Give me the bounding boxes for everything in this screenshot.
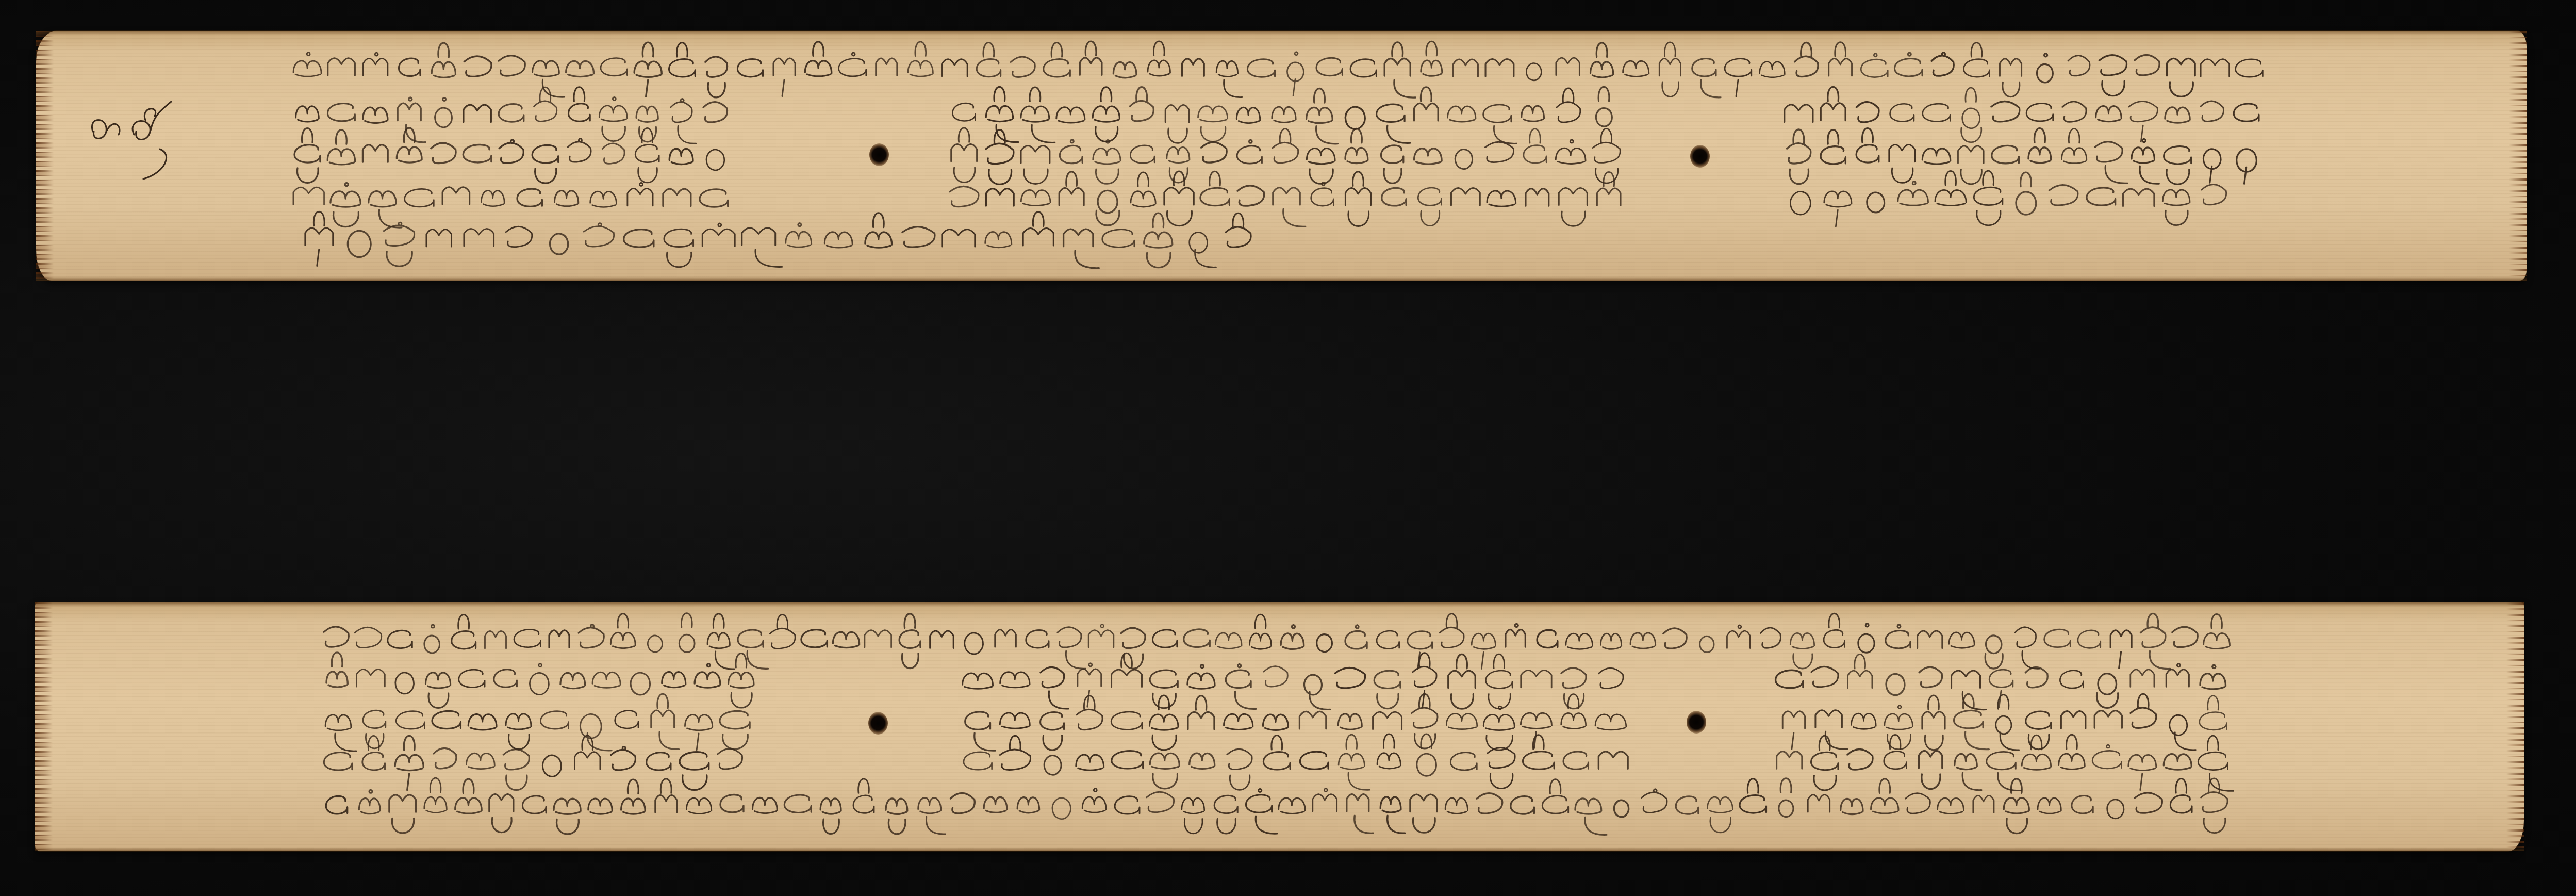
leaf-bottom-edge (35, 847, 2524, 851)
binding-hole (869, 143, 889, 166)
leaf-bottom-edge (36, 276, 2527, 281)
binding-hole (1687, 711, 1706, 734)
frayed-right-edge (2506, 602, 2524, 851)
leaf-top-edge (36, 31, 2527, 35)
palm-leaf-bottom: Lower leaf (35, 602, 2524, 851)
frayed-left-edge (36, 31, 54, 281)
binding-hole (868, 712, 888, 735)
palm-leaf-top: Upper leaf (36, 31, 2527, 281)
frayed-right-edge (2509, 31, 2527, 281)
binding-hole (1690, 145, 1710, 168)
leaf-top-edge (35, 602, 2524, 607)
frayed-left-edge (35, 602, 53, 851)
